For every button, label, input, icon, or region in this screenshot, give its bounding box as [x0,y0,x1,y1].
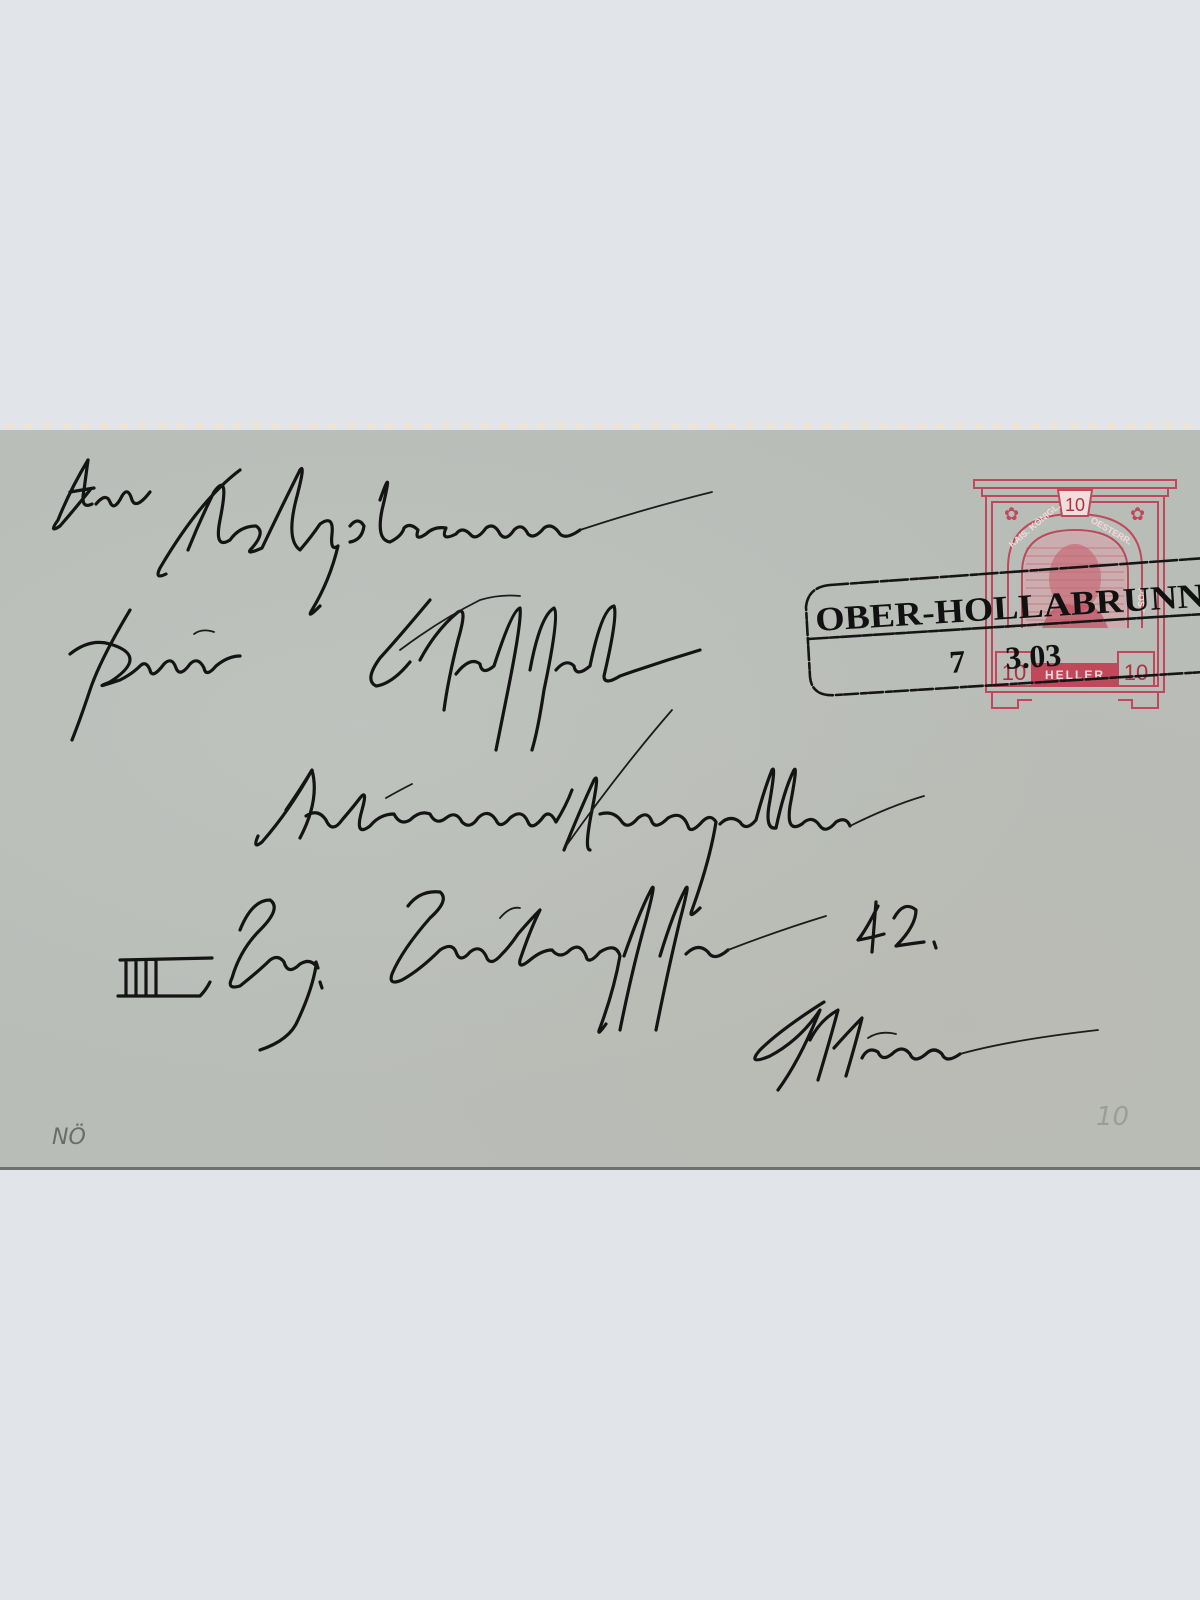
pencil-note-region: NÖ [52,1125,86,1150]
address-line-wohlgeboren [158,469,712,615]
pencil-note-price: 10 [1096,1102,1129,1132]
address-line-an [53,460,150,529]
address-line-stadtbaumeistersgattin [256,710,924,915]
handwritten-address [0,430,1200,1170]
letter-card: 10 ✿ ✿ KAIS. KÖNIGL. OESTERR. POST 10 10… [0,430,1200,1170]
address-line-wien [755,1002,1098,1090]
address-line-frau-schaffel [70,596,700,751]
